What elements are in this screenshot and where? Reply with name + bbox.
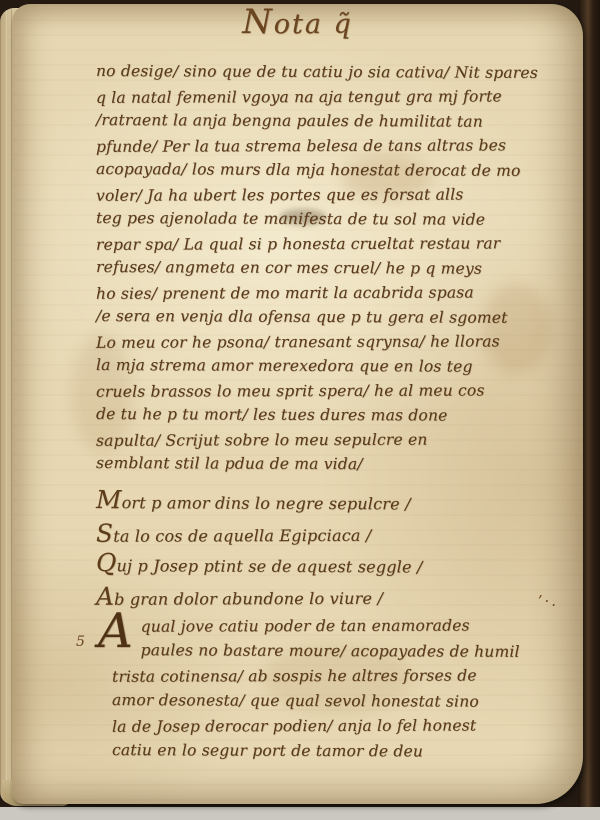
manuscript-line: refuses/ angmeta en cor mes cruel/ he p … (96, 255, 558, 282)
manuscript-line: catiu en lo segur port de tamor de deu (112, 738, 552, 765)
manuscript-line: /ratraent la anja bengna paules de humil… (96, 108, 558, 135)
table-surface (0, 807, 600, 820)
manuscript-line: pfunde/ Per la tua strema belesa de tans… (96, 133, 558, 159)
pen-trial-marks: ’·. (538, 592, 558, 610)
manuscript-line: acopayada/ los murs dla mja honestat der… (96, 157, 558, 184)
manuscript-line: q la natal femenil vgoya na aja tengut g… (96, 84, 558, 110)
page-heading: Nota q̃ (12, 2, 583, 41)
main-paragraph: no desige/ sino que de tu catiu jo sia c… (96, 60, 558, 477)
manuscript-line: qual jove catiu poder de tan enamorades (112, 613, 552, 640)
verse-line: Ab gran dolor abundone lo viure / (96, 581, 536, 614)
manuscript-line: repar spa/ La qual si p honesta crueltat… (96, 231, 558, 257)
manuscript-line: la de Josep derocar podien/ anja lo fel … (112, 713, 552, 740)
manuscript-line: de tu he p tu mort/ les tues dures mas d… (96, 402, 558, 429)
manuscript-line: paules no bastare moure/ acopayades de h… (112, 638, 552, 665)
manuscript-page: Nota q̃ no desige/ sino que de tu catiu … (12, 4, 583, 804)
margin-mark: 5 (76, 634, 85, 650)
verse-epitaph: Mort p amor dins lo negre sepulcre / Sta… (96, 487, 536, 613)
manuscript-line: semblant stil la pdua de ma vida/ (96, 451, 558, 478)
manuscript-line: teg pes ajenolada te manifesta de tu sol… (96, 206, 558, 233)
closing-paragraph: 5 ’·. A qual jove catiu poder de tan ena… (112, 614, 552, 764)
manuscript-line: cruels brassos lo meu sprit spera/ he al… (96, 378, 558, 404)
verse-line: Sta lo cos de aquella Egipciaca / (96, 518, 536, 551)
manuscript-line: ho sies/ prenent de mo marit la acabrida… (96, 280, 558, 306)
manuscript-line: Lo meu cor he psona/ tranesant sqrynsa/ … (96, 329, 558, 355)
manuscript-line: sapulta/ Scrijut sobre lo meu sepulcre e… (96, 427, 558, 453)
verse-line: Quj p Josep ptint se de aquest seggle / (96, 549, 536, 582)
verse-line: Mort p amor dins lo negre sepulcre / (96, 486, 536, 519)
manuscript-line: no desige/ sino que de tu catiu jo sia c… (96, 59, 558, 86)
manuscript-line: la mja strema amor merexedora que en los… (96, 353, 558, 380)
manuscript-line: trista cotinensa/ ab sospis he altres fo… (112, 663, 552, 690)
manuscript-photo: Nota q̃ no desige/ sino que de tu catiu … (0, 0, 600, 820)
manuscript-line: /e sera en venja dla ofensa que p tu ger… (96, 304, 558, 331)
manuscript-line: voler/ Ja ha ubert les portes que es for… (96, 182, 558, 208)
manuscript-line: amor desonesta/ que qual sevol honestat … (112, 688, 552, 715)
